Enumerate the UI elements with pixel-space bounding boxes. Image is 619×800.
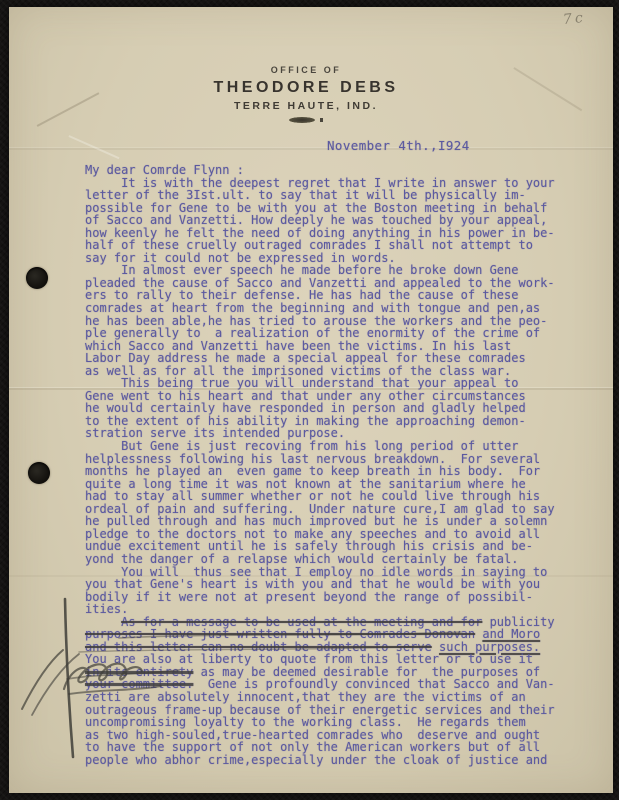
letterhead-office-of: OFFICE OF [9,65,603,75]
punch-hole [26,267,48,289]
letter-line: people who abhor crime,especially under … [85,754,577,767]
letterhead-location: TERRE HAUTE, IND. [9,100,603,112]
paper-crease [69,135,120,159]
letter-line: bodily if it were not at present beyond … [85,591,577,604]
paper-crease [9,148,613,150]
ornament-tick-icon [320,118,323,122]
letter-paper: 7c OFFICE OF THEODORE DEBS TERRE HAUTE, … [9,7,613,793]
letter-body: My dear Comrde Flynn : It is with the de… [85,164,577,766]
letterhead-name: THEODORE DEBS [9,79,603,97]
pencil-corner-mark: 7c [562,10,586,28]
lens-ornament-icon [289,117,315,123]
letterhead: OFFICE OF THEODORE DEBS TERRE HAUTE, IND… [9,65,603,124]
date-line: November 4th.,I924 [327,138,470,153]
letterhead-ornament-icon [9,116,603,124]
punch-hole [28,462,50,484]
